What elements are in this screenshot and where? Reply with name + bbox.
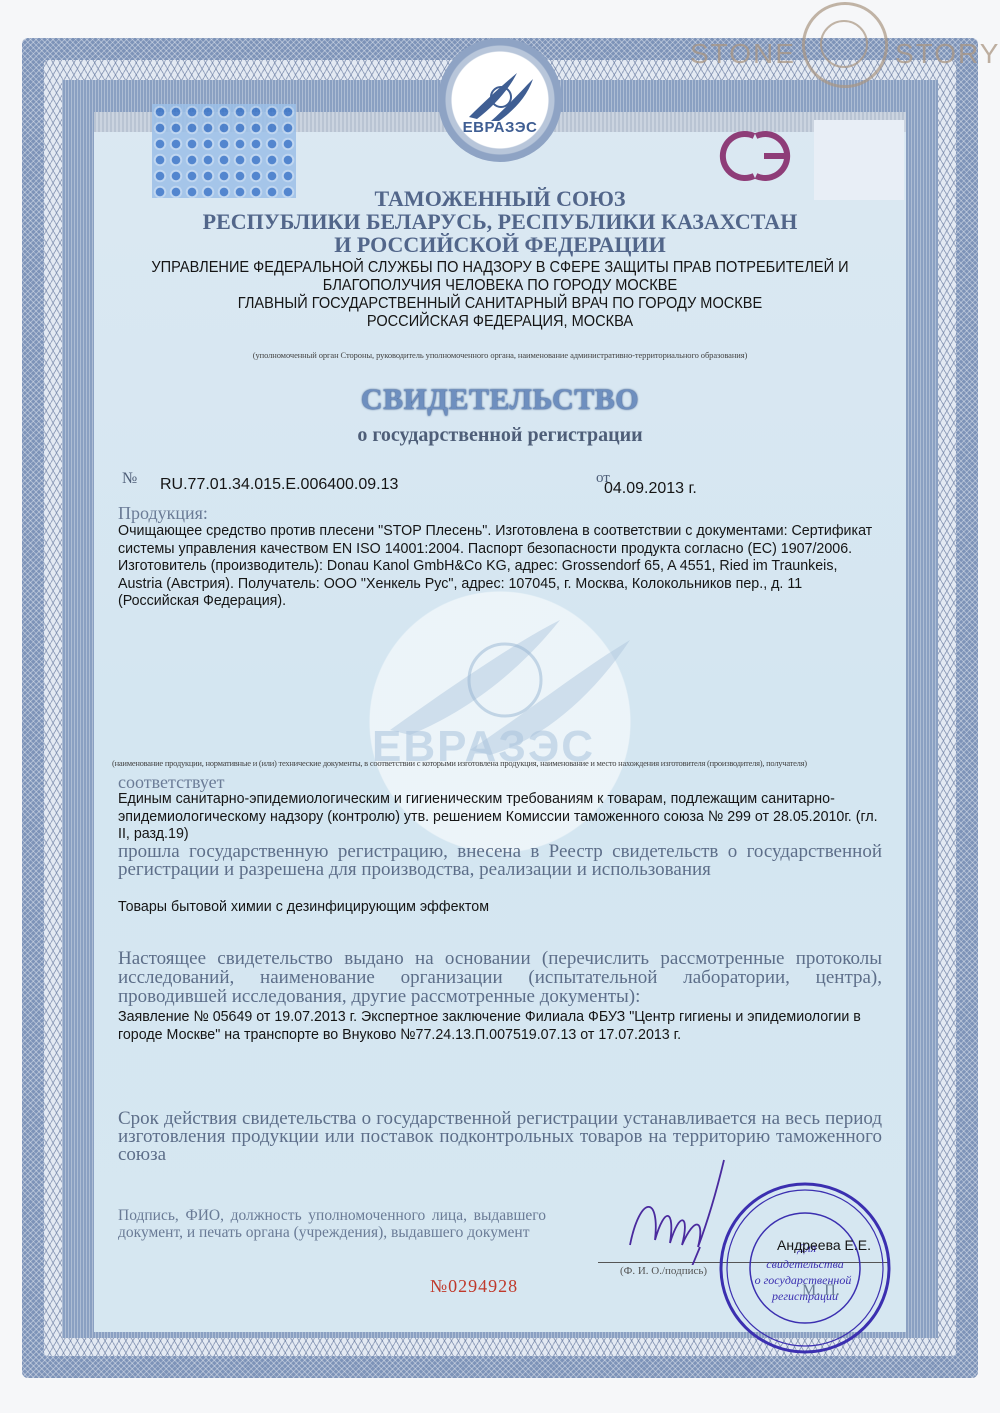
official-stamp-icon: Для свидетельства о государственной реги… [715, 1178, 895, 1358]
eurasec-emblem-label: ЕВРАЗЭС [463, 119, 538, 136]
handwritten-signature-icon [620, 1155, 730, 1265]
validity-statement: Срок действия свидетельства о государств… [118, 1110, 882, 1164]
union-line-2: РЕСПУБЛИКИ БЕЛАРУСЬ, РЕСПУБЛИКИ КАЗАХСТА… [118, 210, 882, 233]
basis-label: Настоящее свидетельство выдано на основа… [118, 949, 882, 1006]
brand-seal-inner-icon [820, 20, 868, 68]
agency-line-3: ГЛАВНЫЙ ГОСУДАРСТВЕННЫЙ САНИТАРНЫЙ ВРАЧ … [141, 295, 859, 313]
certificate-number: RU.77.01.34.015.E.006400.09.13 [160, 476, 398, 494]
product-label: Продукция: [118, 503, 882, 524]
product-description: Очищающее средство против плесени "STOP … [118, 522, 878, 610]
stamp-line-2: свидетельства [766, 1257, 843, 1271]
certificate-date-value: 04.09.2013 г. [604, 480, 697, 497]
brand-watermark-left: STONE [690, 38, 796, 70]
product-caption: (наименование продукции, нормативные и (… [112, 758, 892, 768]
agency-line-2: БЛАГОПОЛУЧИЯ ЧЕЛОВЕКА ПО ГОРОДУ МОСКВЕ [141, 277, 859, 295]
hologram-sticker [152, 104, 296, 198]
certificate-number-row: № RU.77.01.34.015.E.006400.09.13 от 04.0… [118, 470, 882, 500]
union-line-1: ТАМОЖЕННЫЙ СОЮЗ [118, 187, 882, 210]
certificate-subtitle: о государственной регистрации [118, 424, 882, 447]
agency-heading: УПРАВЛЕНИЕ ФЕДЕРАЛЬНОЙ СЛУЖБЫ ПО НАДЗОРУ… [141, 259, 859, 331]
form-serial-number: №0294928 [430, 1276, 518, 1297]
conforms-description: Единым санитарно-эпидемиологическим и ги… [118, 790, 878, 843]
product-category: Товары бытовой химии с дезинфицирующим э… [118, 898, 844, 916]
signer-name: Андреева Е.Е. [777, 1237, 871, 1253]
customs-union-conformity-mark-icon [718, 126, 798, 186]
fio-caption: (Ф. И. О./подпись) [620, 1265, 707, 1277]
basis-description: Заявление № 05649 от 19.07.2013 г. Экспе… [118, 1008, 878, 1043]
certificate-title: СВИДЕТЕЛЬСТВО [118, 383, 882, 417]
eurasec-logo-icon [465, 69, 535, 121]
union-line-3: И РОССИЙСКОЙ ФЕДЕРАЦИИ [118, 233, 882, 256]
registration-statement: прошла государственную регистрацию, внес… [118, 843, 882, 879]
agency-caption: (уполномоченный орган Стороны, руководит… [118, 350, 882, 360]
stamp-place-label: М. П. [802, 1282, 840, 1300]
brand-watermark-right: STORY [895, 38, 1000, 70]
eurasec-emblem: ЕВРАЗЭС [438, 38, 562, 162]
number-sign: № [122, 470, 137, 488]
brand-watermark: STONE STORY [690, 0, 1000, 92]
customs-union-heading: ТАМОЖЕННЫЙ СОЮЗ РЕСПУБЛИКИ БЕЛАРУСЬ, РЕС… [118, 187, 882, 256]
signature-label: Подпись, ФИО, должность уполномоченного … [118, 1208, 546, 1241]
agency-line-1: УПРАВЛЕНИЕ ФЕДЕРАЛЬНОЙ СЛУЖБЫ ПО НАДЗОРУ… [141, 259, 859, 277]
agency-line-4: РОССИЙСКАЯ ФЕДЕРАЦИЯ, МОСКВА [141, 313, 859, 331]
certificate-date: 04.09.2013 г. [604, 480, 697, 498]
